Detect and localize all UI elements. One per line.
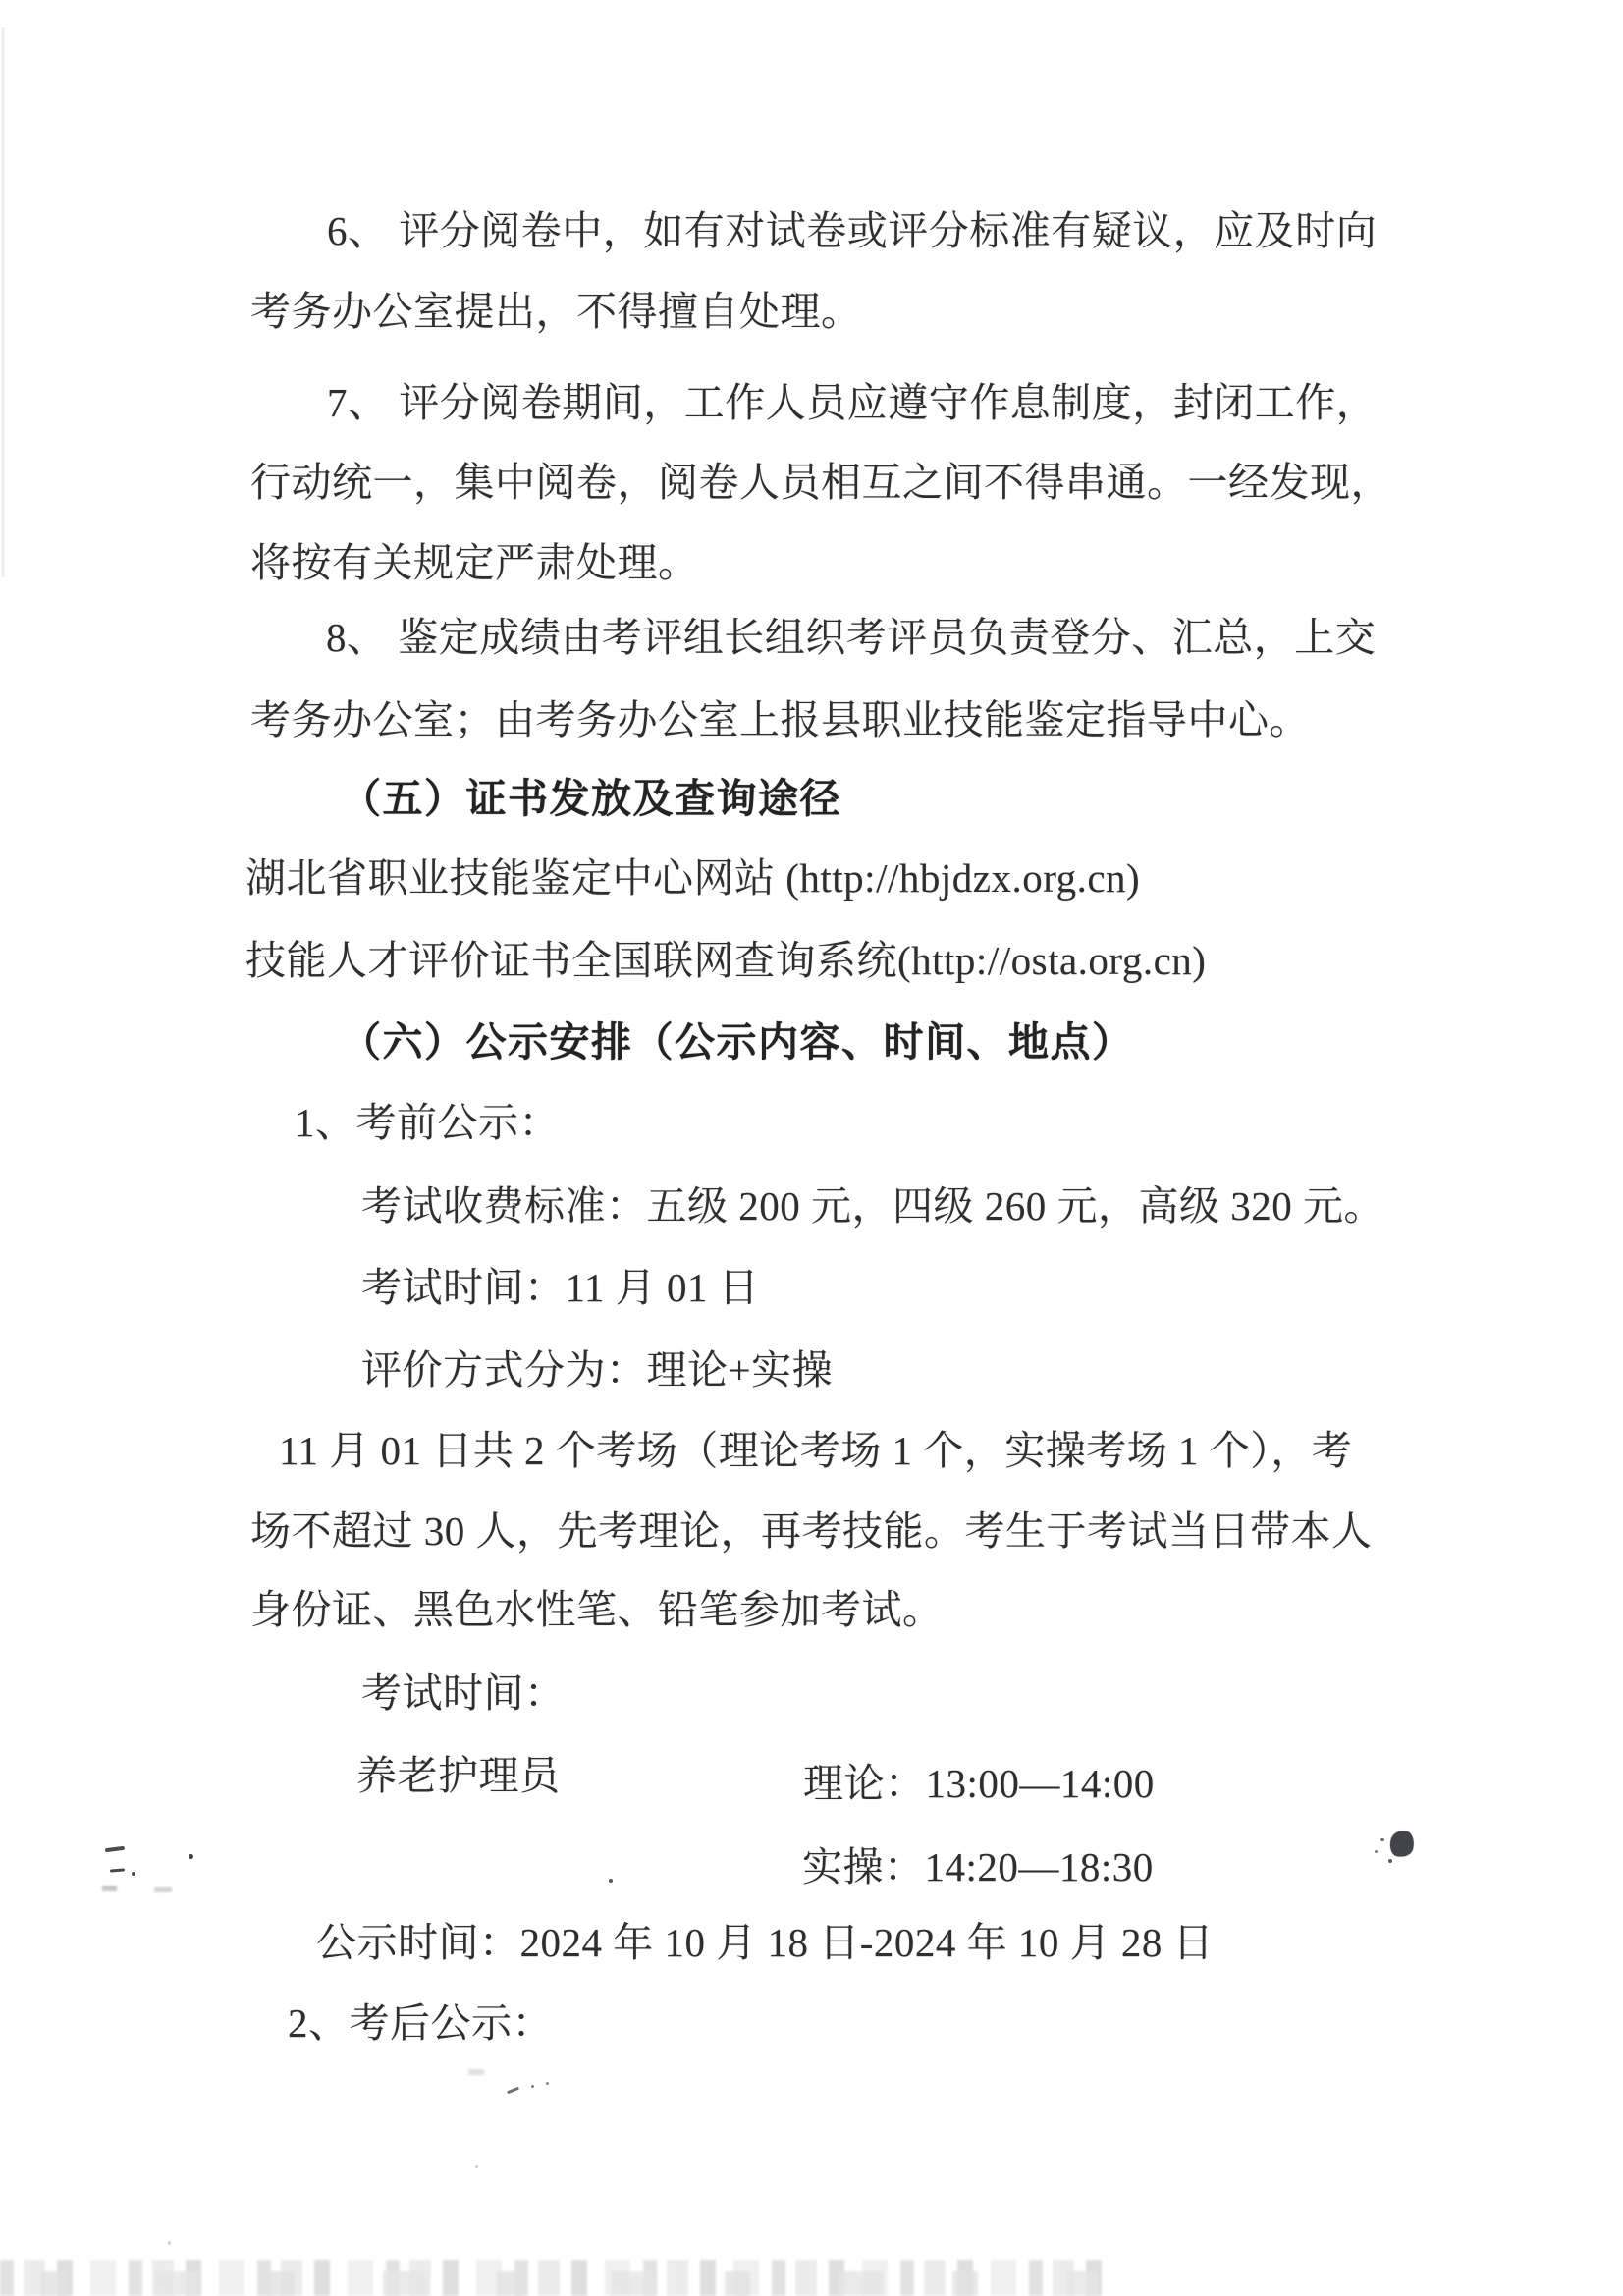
post-exam-publicity-title: 2、考后公示： [288,2001,553,2046]
heading-section-5: （五）证书发放及查询途径 [341,777,841,821]
cert-query-site-1: 湖北省职业技能鉴定中心网站 (http://hbjdzx.org.cn) [245,856,1140,901]
publicity-period-line: 公示时间：2024 年 10 月 18 日-2024 年 10 月 28 日 [316,1921,1214,1965]
tick-dot [531,2085,534,2088]
item8-line1: 8、 鉴定成绩由考评组长组织考评员负责登分、汇总，上交 [326,616,1376,660]
scan-cutoff-text-strip [8,2271,1098,2296]
pencil-dot [132,1872,135,1876]
theory-time: 理论：13:00—14:00 [803,1762,1155,1806]
exam-date-line: 考试时间：11 月 01 日 [361,1266,759,1310]
pre-exam-publicity-title: 1、考前公示： [295,1101,560,1145]
stray-dot [609,1879,613,1883]
venue-line1: 11 月 01 日共 2 个考场（理论考场 1 个，实操考场 1 个），考 [279,1429,1352,1473]
tick-mark [507,2087,519,2095]
scanned-document-page: 6、 评分阅卷中，如有对试卷或评分标准有疑议，应及时向 考务办公室提出，不得擅自… [0,0,1623,2296]
evaluation-method-line: 评价方式分为：理论+实操 [361,1348,833,1393]
item8-line2: 考务办公室；由考务办公室上报县职业技能鉴定指导中心。 [250,698,1310,742]
venue-line2: 场不超过 30 人，先考理论，再考技能。考生于考试当日带本人 [250,1509,1373,1554]
pencil-mark [110,1868,125,1872]
item6-line2: 考务办公室提出，不得擅自处理。 [250,290,862,334]
ink-speck [1375,1850,1378,1853]
pencil-dot [189,1854,193,1859]
item7-line1: 7、 评分阅卷期间，工作人员应遵守作息制度，封闭工作， [327,381,1377,425]
exam-time-label: 考试时间： [361,1671,566,1716]
ink-speck [1388,1859,1392,1863]
item7-line2: 行动统一，集中阅卷，阅卷人员相互之间不得串通。一经发现， [250,461,1391,505]
venue-line3: 身份证、黑色水性笔、铅笔参加考试。 [250,1588,944,1632]
pencil-smudge [102,1886,117,1891]
item6-line1: 6、 评分阅卷中，如有对试卷或评分标准有疑议，应及时向 [327,209,1377,253]
tick-dot [546,2082,549,2085]
ink-speck [1380,1838,1384,1841]
faint-speck [475,2165,478,2168]
faint-speck [168,2241,171,2245]
pencil-smudge [154,1887,172,1892]
exam-fee-line: 考试收费标准：五级 200 元，四级 260 元，高级 320 元。 [361,1184,1384,1229]
scan-edge-shadow [2,27,4,577]
practice-time: 实操：14:20—18:30 [802,1845,1154,1889]
pencil-mark [105,1846,125,1852]
heading-section-6: （六）公示安排（公示内容、时间、地点） [341,1020,1134,1065]
item7-line3: 将按有关规定严肃处理。 [250,541,699,585]
ink-blot [1387,1829,1416,1859]
faint-smudge [468,2069,484,2075]
cert-query-site-2: 技能人才评价证书全国联网查询系统(http://osta.org.cn) [245,939,1206,983]
occupation-name: 养老护理员 [356,1754,561,1798]
